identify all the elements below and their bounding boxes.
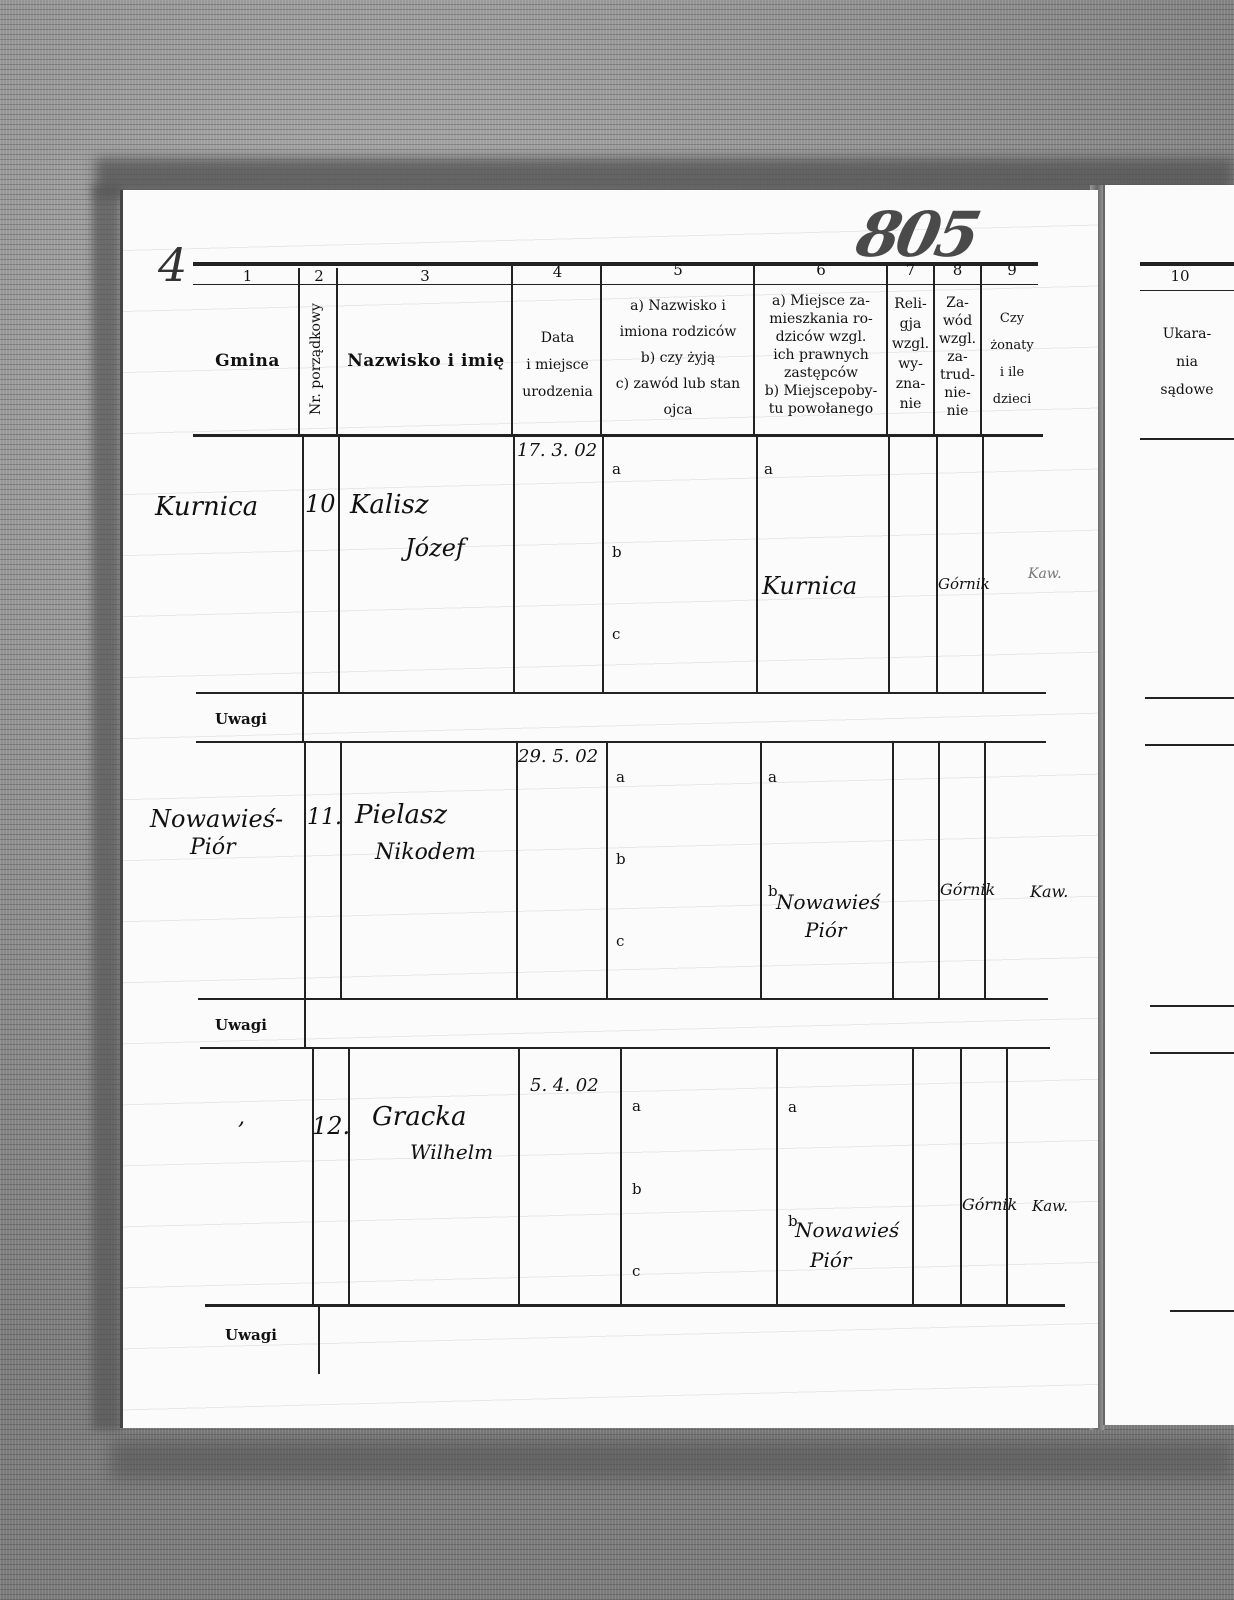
col-divider bbox=[516, 743, 518, 1000]
col-divider bbox=[982, 437, 984, 693]
entry-surname: Kalisz bbox=[350, 490, 429, 520]
col-header-convictions: Ukara- nia sądowe bbox=[1140, 320, 1234, 404]
col-divider bbox=[298, 268, 300, 436]
entry-nr: 12. bbox=[312, 1112, 350, 1140]
remarks-label: Uwagi bbox=[215, 1016, 267, 1034]
col-divider bbox=[302, 437, 304, 693]
col-divider bbox=[336, 268, 338, 436]
col-header-residence: a) Miejsce za- mieszkania ro- dziców wzg… bbox=[756, 292, 886, 418]
remarks-divider bbox=[304, 1000, 306, 1048]
sub-label-a: a bbox=[632, 1097, 641, 1115]
entry-gmina: Kurnica bbox=[155, 492, 258, 522]
entry-occupation: Górnik bbox=[940, 880, 995, 899]
col-divider bbox=[933, 262, 935, 436]
entry-gmina-line2: Piór bbox=[190, 835, 236, 860]
col-header-occupation: Za- wód wzgl. za- trud- nie- nie bbox=[935, 294, 980, 420]
facing-row-rule bbox=[1170, 1310, 1234, 1312]
col-divider bbox=[938, 743, 940, 1000]
col-divider bbox=[760, 743, 762, 1000]
col-divider bbox=[511, 262, 513, 436]
entry-birthdate: 17. 3. 02 bbox=[517, 440, 597, 461]
remarks-label: Uwagi bbox=[225, 1326, 277, 1344]
entry-occupation: Górnik bbox=[962, 1195, 1017, 1214]
entry-gmina: Nowawieś- bbox=[150, 805, 283, 833]
col-divider bbox=[753, 262, 755, 436]
facing-row-rule bbox=[1145, 697, 1234, 699]
row-rule bbox=[200, 1047, 1050, 1049]
facing-row-rule bbox=[1150, 1005, 1234, 1007]
sub-label-c: c bbox=[612, 625, 620, 643]
row-rule bbox=[205, 1304, 1065, 1307]
col-number: 5 bbox=[603, 262, 753, 279]
entry-birthdate: 5. 4. 02 bbox=[530, 1075, 599, 1096]
remarks-divider bbox=[302, 694, 304, 742]
entry-surname: Gracka bbox=[372, 1102, 467, 1132]
sub-label-a: a bbox=[764, 460, 773, 478]
entry-residence: Kurnica bbox=[762, 572, 857, 600]
col-divider bbox=[912, 1049, 914, 1304]
entry-firstname: Józef bbox=[405, 534, 465, 562]
col-header-birth: Data i miejsce urodzenia bbox=[515, 325, 600, 406]
col-divider bbox=[620, 1049, 622, 1304]
page-shadow bbox=[92, 185, 120, 1430]
facing-row-rule bbox=[1145, 744, 1234, 746]
sub-label-c: c bbox=[616, 932, 624, 950]
col-header-religion: Reli- gja wzgl. wy- zna- nie bbox=[888, 294, 933, 414]
facing-header-rule bbox=[1140, 262, 1234, 266]
col-number: 3 bbox=[340, 268, 510, 285]
entry-col9: Kaw. bbox=[1030, 882, 1068, 901]
entry-firstname: Nikodem bbox=[375, 840, 476, 865]
page-number-stamp: 805 bbox=[850, 198, 983, 271]
remarks-divider bbox=[318, 1306, 320, 1374]
corner-mark: 4 bbox=[158, 238, 187, 292]
facing-colnum-rule bbox=[1140, 290, 1234, 291]
sub-label-b: b bbox=[616, 850, 626, 868]
col-header-gmina: Gmina bbox=[200, 352, 295, 371]
entry-residence: Nowawieś bbox=[795, 1218, 899, 1242]
col-header-married: Czy żonaty i ile dzieci bbox=[982, 305, 1042, 413]
col-divider bbox=[984, 743, 986, 1000]
sub-label-b: b bbox=[612, 543, 622, 561]
entry-firstname: Wilhelm bbox=[410, 1140, 493, 1164]
sub-label-a: a bbox=[616, 768, 625, 786]
col-divider bbox=[338, 437, 340, 693]
col-divider bbox=[936, 437, 938, 693]
col-divider bbox=[960, 1049, 962, 1304]
facing-row-rule bbox=[1150, 1052, 1234, 1054]
entry-residence: Nowawieś bbox=[776, 890, 880, 914]
entry-residence-line2: Piór bbox=[805, 918, 846, 942]
sub-label-c: c bbox=[632, 1262, 640, 1280]
col-number: 4 bbox=[515, 264, 600, 281]
col-header-parents: a) Nazwisko i imiona rodziców b) czy żyj… bbox=[603, 293, 753, 423]
col-divider bbox=[1006, 1049, 1008, 1304]
col-number: 2 bbox=[303, 268, 335, 285]
col-number: 9 bbox=[982, 262, 1042, 279]
entry-residence-line2: Piór bbox=[810, 1248, 851, 1272]
entry-birthdate: 29. 5. 02 bbox=[518, 746, 598, 767]
sub-label-a: a bbox=[768, 768, 777, 786]
sub-label-a: a bbox=[788, 1098, 797, 1116]
col-divider bbox=[518, 1049, 520, 1304]
row-rule bbox=[196, 692, 1046, 694]
entry-nr: 11. bbox=[307, 805, 342, 830]
entry-gmina: , bbox=[238, 1105, 245, 1130]
col-divider bbox=[513, 437, 515, 693]
entry-nr: 10 bbox=[305, 490, 336, 518]
col-divider bbox=[602, 437, 604, 693]
entry-col9: Kaw. bbox=[1028, 566, 1062, 582]
row-rule bbox=[196, 741, 1046, 743]
col-divider bbox=[892, 743, 894, 1000]
sub-label-a: a bbox=[612, 460, 621, 478]
col-divider bbox=[776, 1049, 778, 1304]
page-shadow bbox=[110, 1440, 1234, 1480]
row-rule bbox=[198, 998, 1048, 1000]
col-divider bbox=[304, 743, 306, 1000]
entry-occupation: Górnik bbox=[938, 575, 990, 593]
col-divider bbox=[312, 1049, 314, 1304]
col-divider bbox=[886, 262, 888, 436]
entry-col9: Kaw. bbox=[1032, 1197, 1068, 1215]
sub-label-b: b bbox=[632, 1180, 642, 1198]
col-divider bbox=[888, 437, 890, 693]
header-bottom-rule bbox=[193, 434, 1043, 437]
col-header-name: Nazwisko i imię bbox=[342, 352, 510, 371]
col-divider bbox=[606, 743, 608, 1000]
col-divider bbox=[600, 262, 602, 436]
col-divider bbox=[980, 262, 982, 436]
col-header-nr: Nr. porządkowy bbox=[309, 292, 329, 427]
col-divider bbox=[756, 437, 758, 693]
col-number: 1 bbox=[200, 268, 295, 285]
facing-header-bottom bbox=[1140, 438, 1234, 440]
remarks-label: Uwagi bbox=[215, 710, 267, 728]
col-number: 10 bbox=[1150, 268, 1210, 285]
col-divider bbox=[340, 743, 342, 1000]
col-divider bbox=[348, 1049, 350, 1304]
entry-surname: Pielasz bbox=[355, 800, 447, 830]
